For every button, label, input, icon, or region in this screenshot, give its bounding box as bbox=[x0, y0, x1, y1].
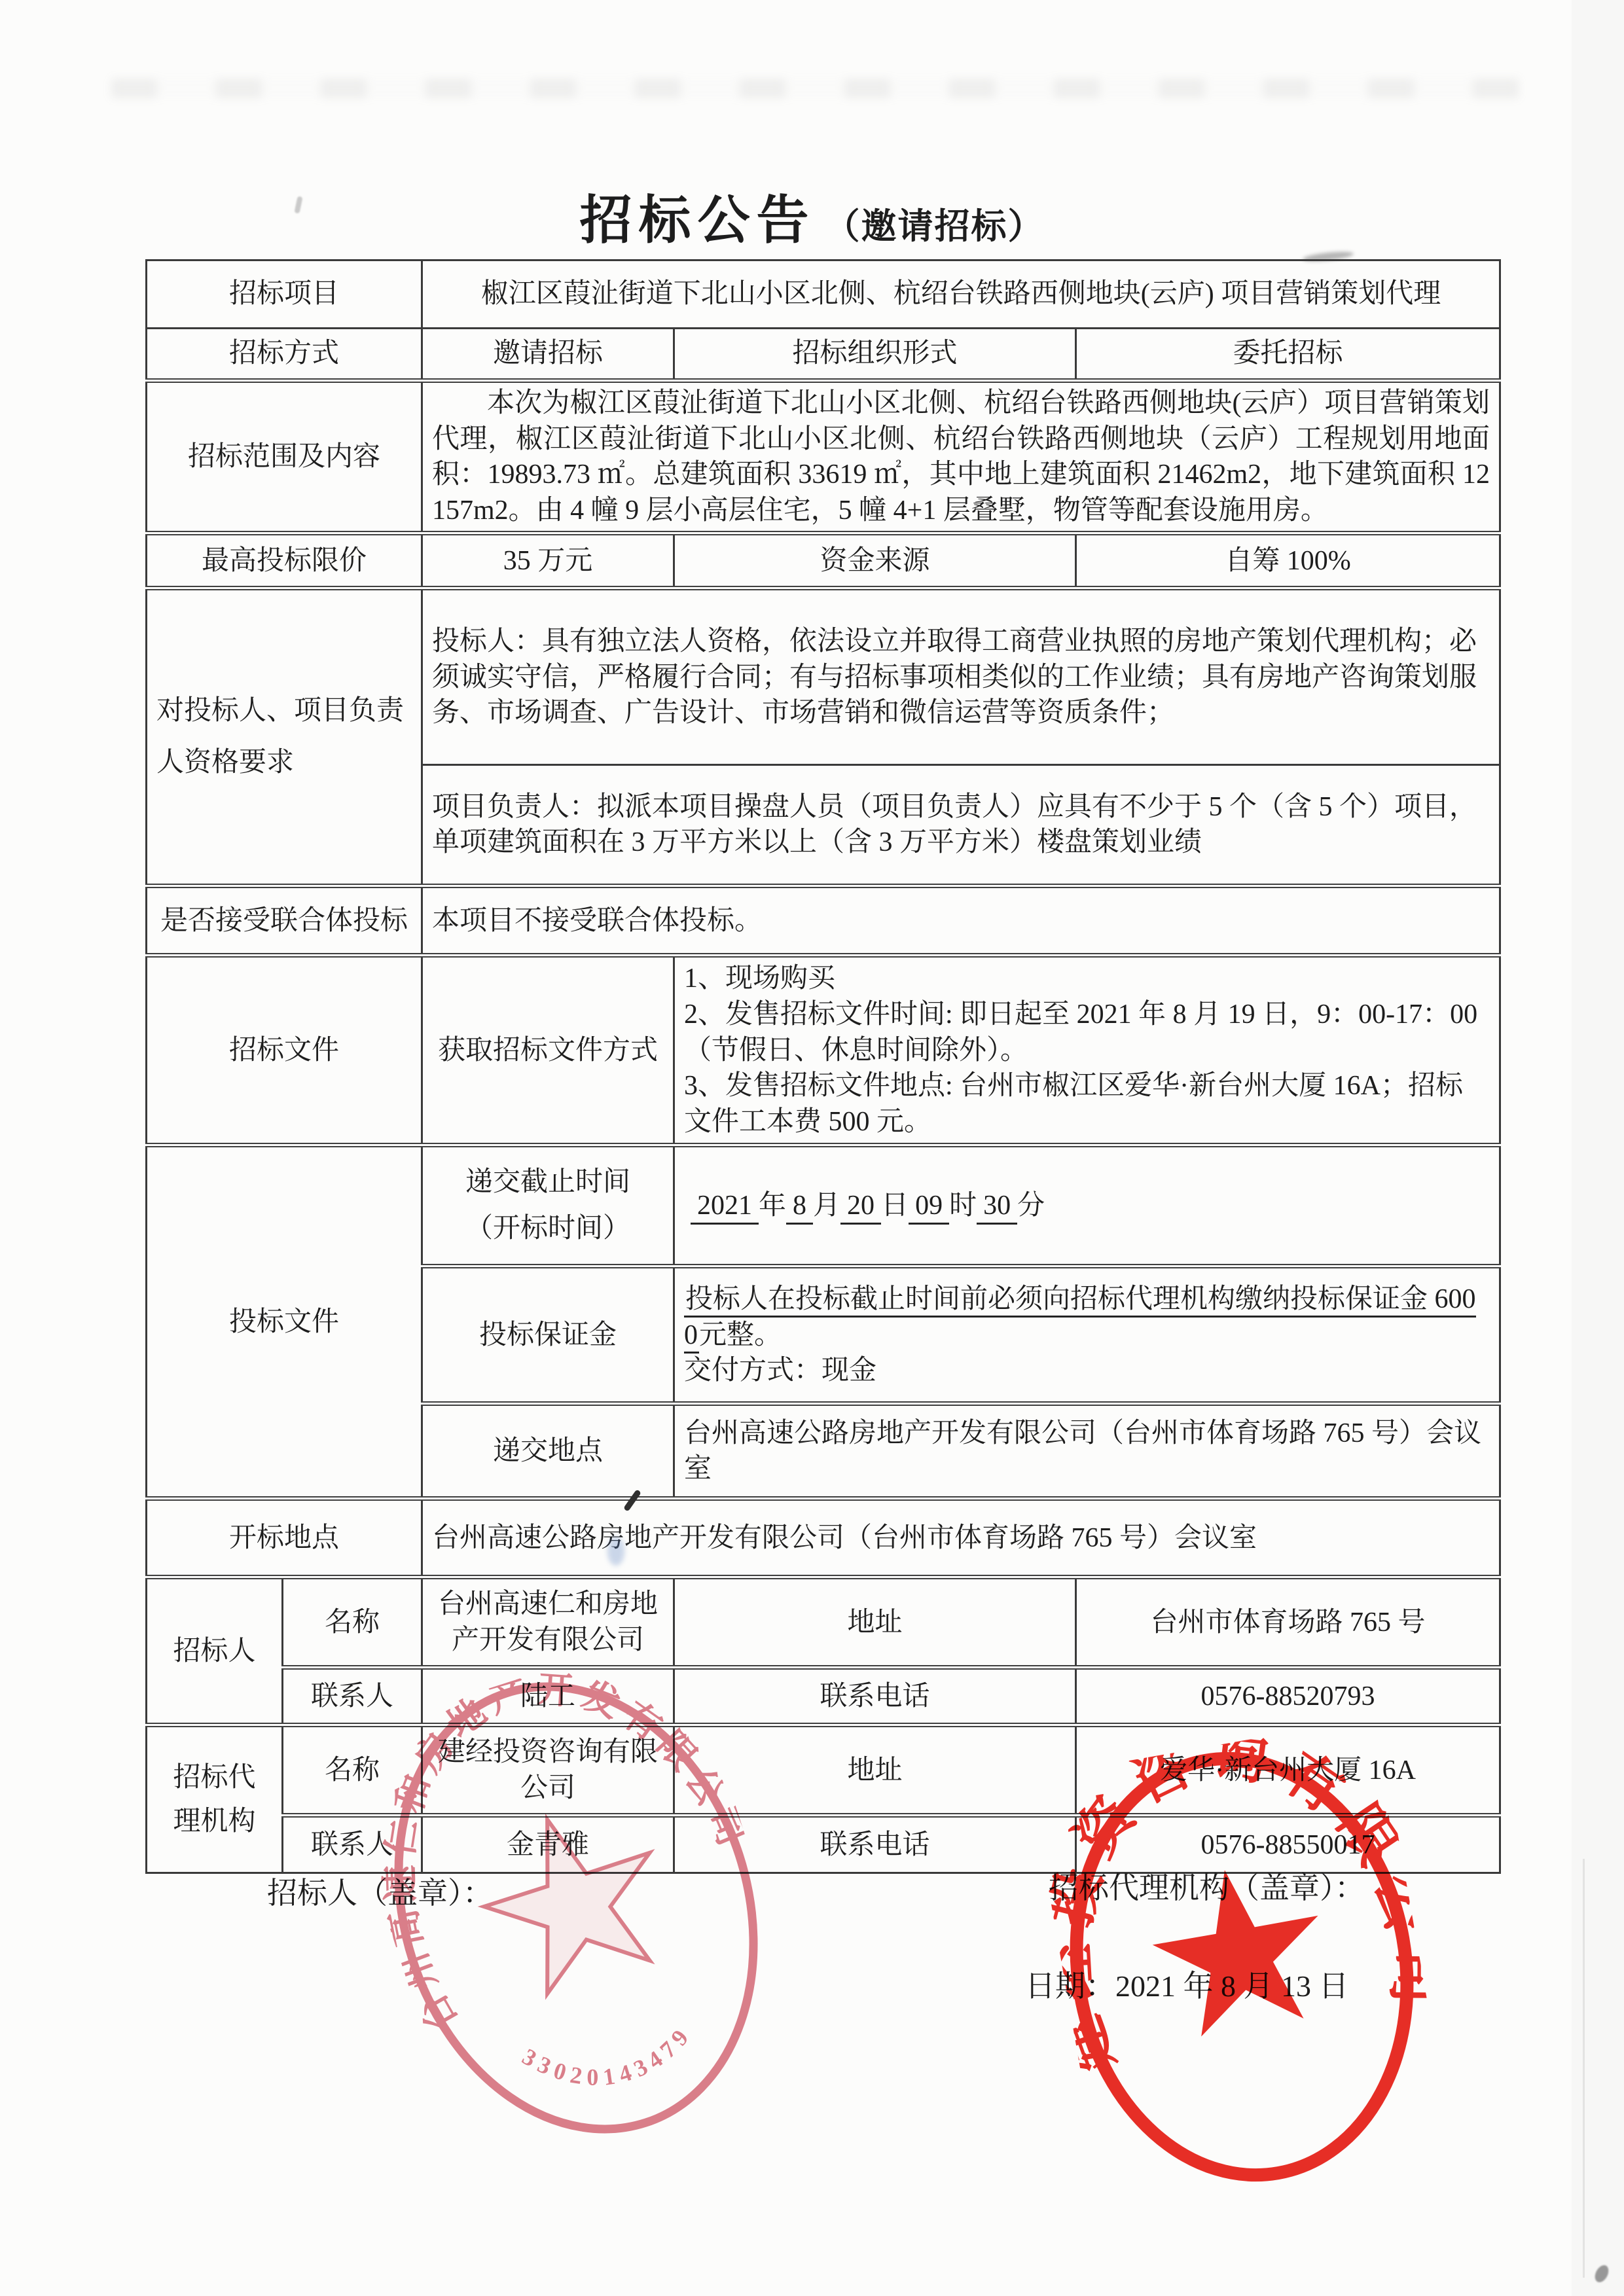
obtain-item-3: 3、发售招标文件地点: 台州市椒江区爱华·新台州大厦 16A；招标文件工本费 5… bbox=[684, 1068, 1490, 1139]
deadline-label-line1: 递交截止时间 bbox=[432, 1159, 664, 1206]
project-value-cell: 椒江区葭沚街道下北山小区北侧、杭绍台铁路西侧地块(云庐) 项目营销策划代理 bbox=[422, 260, 1500, 329]
consortium-label-cell: 是否接受联合体投标 bbox=[147, 886, 422, 956]
obtain-item-2: 2、发售招标文件时间: 即日起至 2021 年 8 月 19 日，9：00-17… bbox=[684, 997, 1490, 1068]
seal-serial-text: 33020143479 bbox=[513, 1994, 705, 2117]
deposit-rest-text: 元整。 bbox=[699, 1320, 782, 1350]
scope-label-cell: 招标范围及内容 bbox=[147, 381, 422, 533]
row-deadline: 投标文件 递交截止时间 （开标时间） 2021年8月20日09时30分 bbox=[147, 1145, 1500, 1266]
method-value-cell: 邀请招标 bbox=[422, 329, 674, 381]
scanned-tender-notice-page: 招标公告（邀请招标） 招标项目 椒江区葭沚街道下北山小区北侧、杭绍台铁路西侧地块… bbox=[0, 0, 1624, 2296]
row-consortium: 是否接受联合体投标 本项目不接受联合体投标。 bbox=[147, 886, 1500, 956]
bid-docs-label-cell: 投标文件 bbox=[147, 1145, 422, 1499]
scan-margin-shadow bbox=[1572, 0, 1624, 2296]
star-outline-icon bbox=[465, 1793, 681, 2004]
agency-label-cell: 招标代理机构 bbox=[147, 1725, 283, 1873]
ink-blot-artifact bbox=[607, 1537, 624, 1566]
seal-serial-number: 33020143479 bbox=[513, 1994, 705, 2117]
tender-notice-table: 招标项目 椒江区葭沚街道下北山小区北侧、杭绍台铁路西侧地块(云庐) 项目营销策划… bbox=[145, 259, 1501, 1874]
obtain-method-label-cell: 获取招标文件方式 bbox=[422, 956, 674, 1145]
row-method: 招标方式 邀请招标 招标组织形式 委托招标 bbox=[147, 329, 1500, 381]
scan-smudge-artifact bbox=[111, 79, 1519, 98]
obtain-method-content-cell: 1、现场购买 2、发售招标文件时间: 即日起至 2021 年 8 月 19 日，… bbox=[674, 956, 1500, 1145]
price-label-cell: 最高投标限价 bbox=[147, 533, 422, 588]
row-project: 招标项目 椒江区葭沚街道下北山小区北侧、杭绍台铁路西侧地块(云庐) 项目营销策划… bbox=[147, 260, 1500, 329]
price-value-cell: 35 万元 bbox=[422, 533, 674, 588]
method-label-cell: 招标方式 bbox=[147, 329, 422, 381]
deposit-label-cell: 投标保证金 bbox=[422, 1266, 674, 1404]
row-tenderer-name: 招标人 名称 台州高速仁和房地产开发有限公司 地址 台州市体育场路 765 号 bbox=[147, 1577, 1500, 1668]
scan-crease-artifact bbox=[1583, 1859, 1585, 2278]
org-form-label-cell: 招标组织形式 bbox=[674, 329, 1076, 381]
row-tender-docs: 招标文件 获取招标文件方式 1、现场购买 2、发售招标文件时间: 即日起至 20… bbox=[147, 956, 1500, 1145]
deadline-hour-unit: 时 bbox=[949, 1191, 977, 1221]
org-form-value-cell: 委托招标 bbox=[1076, 329, 1500, 381]
row-tenderer-contact: 联系人 陆工 联系电话 0576-88520793 bbox=[147, 1668, 1500, 1725]
row-opening-place: 开标地点 台州高速公路房地产开发有限公司（台州市体育场路 765 号）会议室 bbox=[147, 1499, 1500, 1577]
consortium-value-cell: 本项目不接受联合体投标。 bbox=[422, 886, 1500, 956]
tenderer-phone-label-cell: 联系电话 bbox=[674, 1668, 1076, 1725]
opening-place-value-cell: 台州高速公路房地产开发有限公司（台州市体育场路 765 号）会议室 bbox=[422, 1499, 1500, 1577]
star-icon bbox=[1142, 1856, 1335, 2042]
deadline-month-unit: 月 bbox=[813, 1191, 840, 1221]
obtain-item-1: 1、现场购买 bbox=[684, 961, 1490, 997]
submit-place-value-cell: 台州高速公路房地产开发有限公司（台州市体育场路 765 号）会议室 bbox=[674, 1404, 1500, 1499]
deadline-year-unit: 年 bbox=[759, 1191, 786, 1221]
document-title: 招标公告（邀请招标） bbox=[0, 178, 1624, 253]
tenderer-phone-cell: 0576-88520793 bbox=[1076, 1668, 1500, 1725]
fund-source-value-cell: 自筹 100% bbox=[1076, 533, 1500, 588]
tenderer-addr-label-cell: 地址 bbox=[674, 1577, 1076, 1668]
tender-docs-label-cell: 招标文件 bbox=[147, 956, 422, 1145]
deposit-amount-text: 投标人在投标截止时间前必须向招标代理机构缴纳投标保证金 6000 bbox=[684, 1284, 1476, 1354]
deposit-value-cell: 投标人在投标截止时间前必须向招标代理机构缴纳投标保证金 6000元整。 交付方式… bbox=[674, 1266, 1500, 1404]
deadline-year: 2021 bbox=[691, 1191, 759, 1225]
opening-place-label-cell: 开标地点 bbox=[147, 1499, 422, 1577]
submit-place-label-cell: 递交地点 bbox=[422, 1404, 674, 1499]
deadline-minute-unit: 分 bbox=[1017, 1191, 1045, 1221]
row-qualification-bidder: 对投标人、项目负责人资格要求 投标人：具有独立法人资格，依法设立并取得工商营业执… bbox=[147, 588, 1500, 765]
deadline-day: 20 bbox=[840, 1191, 881, 1225]
deadline-minute: 30 bbox=[977, 1191, 1017, 1225]
page-subtitle: （邀请招标） bbox=[825, 207, 1045, 246]
page-title: 招标公告 bbox=[580, 192, 816, 250]
deadline-hour: 09 bbox=[909, 1191, 949, 1225]
manager-qualification-cell: 项目负责人：拟派本项目操盘人员（项目负责人）应具有不少于 5 个（含 5 个）项… bbox=[422, 765, 1500, 886]
deadline-day-unit: 日 bbox=[881, 1191, 909, 1221]
row-scope: 招标范围及内容 本次为椒江区葭沚街道下北山小区北侧、杭绍台铁路西侧地块(云庐）项… bbox=[147, 381, 1500, 533]
deposit-payment-method: 交付方式：现金 bbox=[684, 1353, 1490, 1389]
tenderer-name-label-cell: 名称 bbox=[283, 1577, 422, 1668]
project-label-cell: 招标项目 bbox=[147, 260, 422, 329]
deadline-label-cell: 递交截止时间 （开标时间） bbox=[422, 1145, 674, 1266]
deadline-value-cell: 2021年8月20日09时30分 bbox=[674, 1145, 1500, 1266]
tenderer-label-cell: 招标人 bbox=[147, 1577, 283, 1725]
deadline-label-line2: （开标时间） bbox=[432, 1206, 664, 1252]
qualification-label-cell: 对投标人、项目负责人资格要求 bbox=[147, 588, 422, 886]
deadline-month: 8 bbox=[786, 1191, 813, 1225]
row-price: 最高投标限价 35 万元 资金来源 自筹 100% bbox=[147, 533, 1500, 588]
bidder-qualification-cell: 投标人：具有独立法人资格，依法设立并取得工商营业执照的房地产策划代理机构；必须诚… bbox=[422, 588, 1500, 765]
fund-source-label-cell: 资金来源 bbox=[674, 533, 1076, 588]
scope-value-cell: 本次为椒江区葭沚街道下北山小区北侧、杭绍台铁路西侧地块(云庐）项目营销策划代理，… bbox=[422, 381, 1500, 533]
tenderer-addr-cell: 台州市体育场路 765 号 bbox=[1076, 1577, 1500, 1668]
